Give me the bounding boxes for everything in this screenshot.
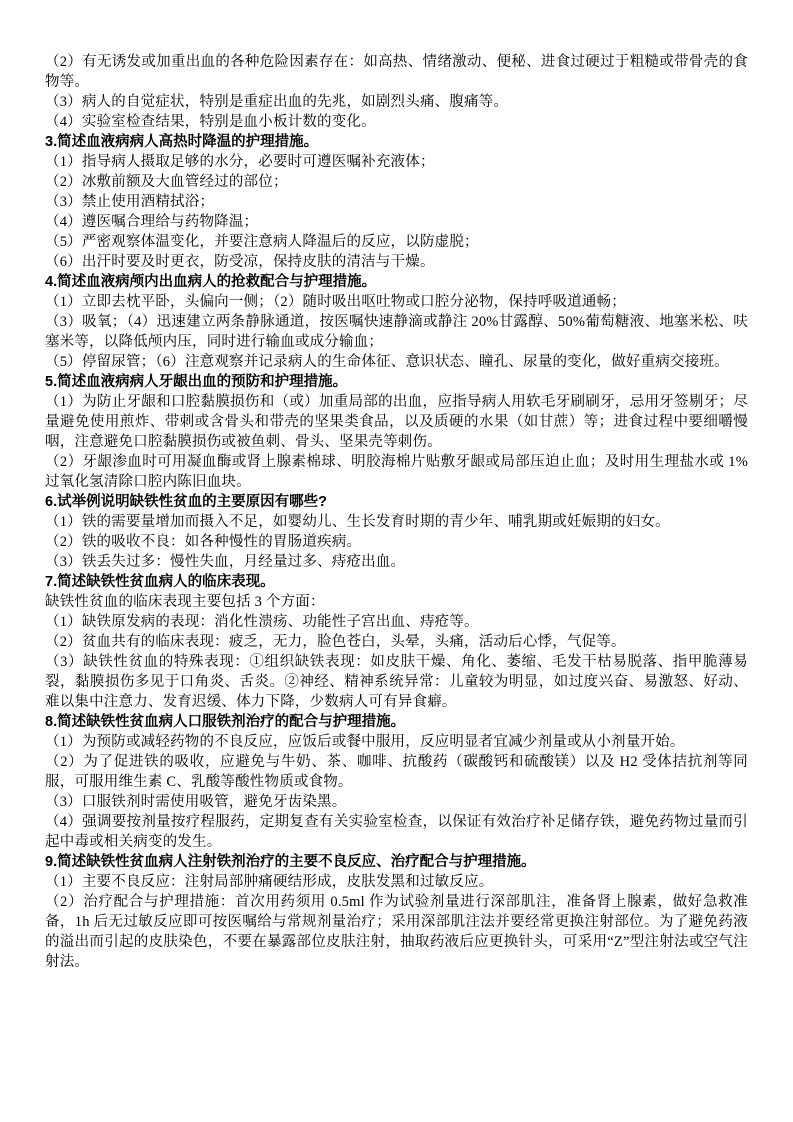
document-page: （2）有无诱发或加重出血的各种危险因素存在：如高热、情绪激动、便秘、进食过硬过于…: [0, 0, 793, 1122]
answer-paragraph: （1）缺铁原发病的表现：消化性溃疡、功能性子宫出血、痔疮等。: [45, 612, 748, 632]
question-heading-8: 8.简述缺铁性贫血病人口服铁剂治疗的配合与护理措施。: [45, 712, 748, 732]
question-heading-3: 3.简述血液病病人高热时降温的护理措施。: [45, 132, 748, 152]
answer-paragraph: （2）为了促进铁的吸收，应避免与牛奶、茶、咖啡、抗酸药（碳酸钙和硫酸镁）以及 H…: [45, 752, 748, 792]
answer-paragraph: （1）立即去枕平卧，头偏向一侧；（2）随时吸出呕吐物或口腔分泌物，保持呼吸道通畅…: [45, 292, 748, 312]
answer-paragraph: （3）缺铁性贫血的特殊表现：①组织缺铁表现：如皮肤干燥、角化、萎缩、毛发干枯易脱…: [45, 652, 748, 712]
answer-paragraph: （6）出汗时要及时更衣，防受凉，保持皮肤的清洁与干燥。: [45, 252, 748, 272]
answer-paragraph: （1）指导病人摄取足够的水分，必要时可遵医嘱补充液体；: [45, 152, 748, 172]
answer-paragraph: （1）为防止牙龈和口腔黏膜损伤和（或）加重局部的出血，应指导病人用软毛牙刷刷牙，…: [45, 392, 748, 452]
answer-paragraph: （5）严密观察体温变化，并要注意病人降温后的反应，以防虚脱；: [45, 232, 748, 252]
question-heading-4: 4.简述血液病颅内出血病人的抢救配合与护理措施。: [45, 272, 748, 292]
answer-paragraph: （3）禁止使用酒精拭浴；: [45, 192, 748, 212]
answer-paragraph: （5）停留尿管；（6）注意观察并记录病人的生命体征、意识状态、瞳孔、尿量的变化，…: [45, 352, 748, 372]
answer-paragraph: （2）治疗配合与护理措施：首次用药须用 0.5ml 作为试验剂量进行深部肌注，准…: [45, 892, 748, 972]
answer-paragraph: 缺铁性贫血的临床表现主要包括 3 个方面：: [45, 592, 748, 612]
question-heading-6: 6.试举例说明缺铁性贫血的主要原因有哪些?: [45, 492, 748, 512]
question-heading-9: 9.简述缺铁性贫血病人注射铁剂治疗的主要不良反应、治疗配合与护理措施。: [45, 852, 748, 872]
answer-paragraph: （4）强调要按剂量按疗程服药，定期复查有关实验室检查，以保证有效治疗补足储存铁，…: [45, 812, 748, 852]
answer-paragraph: （1）为预防或减轻药物的不良反应，应饭后或餐中服用，反应明显者宜减少剂量或从小剂…: [45, 732, 748, 752]
answer-paragraph: （2）有无诱发或加重出血的各种危险因素存在：如高热、情绪激动、便秘、进食过硬过于…: [45, 52, 748, 92]
answer-paragraph: （3）口服铁剂时需使用吸管，避免牙齿染黑。: [45, 792, 748, 812]
answer-paragraph: （2）铁的吸收不良：如各种慢性的胃肠道疾病。: [45, 532, 748, 552]
answer-paragraph: （2）牙龈渗血时可用凝血酶或肾上腺素棉球、明胶海棉片贴敷牙龈或局部压迫止血；及时…: [45, 452, 748, 492]
answer-paragraph: （1）铁的需要量增加而摄入不足，如婴幼儿、生长发育时期的青少年、哺乳期或妊娠期的…: [45, 512, 748, 532]
answer-paragraph: （4）遵医嘱合理给与药物降温；: [45, 212, 748, 232]
document-body: （2）有无诱发或加重出血的各种危险因素存在：如高热、情绪激动、便秘、进食过硬过于…: [45, 52, 748, 972]
answer-paragraph: （3）铁丢失过多：慢性失血，月经量过多、痔疮出血。: [45, 552, 748, 572]
answer-paragraph: （4）实验室检查结果，特别是血小板计数的变化。: [45, 112, 748, 132]
answer-paragraph: （1）主要不良反应：注射局部肿痛硬结形成，皮肤发黑和过敏反应。: [45, 872, 748, 892]
question-heading-5: 5.简述血液病病人牙龈出血的预防和护理措施。: [45, 372, 748, 392]
answer-paragraph: （3）吸氧；（4）迅速建立两条静脉通道，按医嘱快速静滴或静注 20%甘露醇、50…: [45, 312, 748, 352]
answer-paragraph: （2）贫血共有的临床表现：疲乏，无力，脸色苍白，头晕，头痛，活动后心悸，气促等。: [45, 632, 748, 652]
answer-paragraph: （2）冰敷前额及大血管经过的部位；: [45, 172, 748, 192]
answer-paragraph: （3）病人的自觉症状，特别是重症出血的先兆，如剧烈头痛、腹痛等。: [45, 92, 748, 112]
question-heading-7: 7.简述缺铁性贫血病人的临床表现。: [45, 572, 748, 592]
